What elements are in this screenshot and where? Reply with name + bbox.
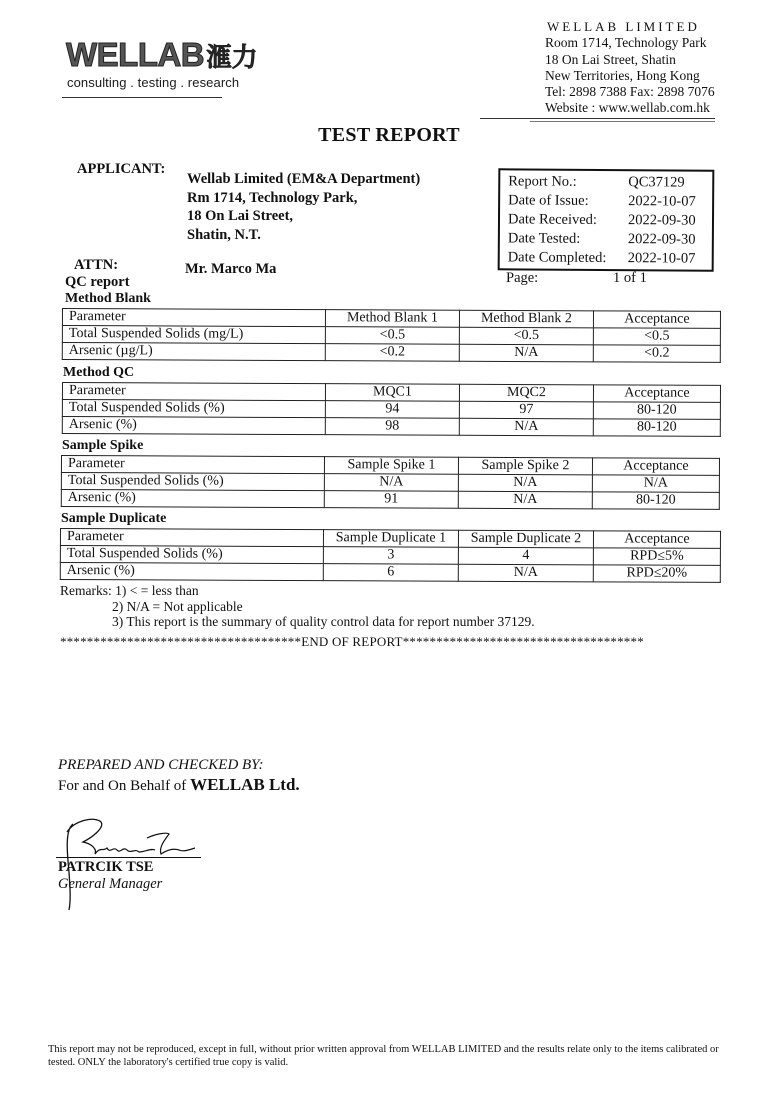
info-row-date-received: Date Received: 2022-09-30 <box>508 211 708 229</box>
table-cell: RPD≤5% <box>593 548 720 566</box>
sample-spike-table: Parameter Sample Spike 1 Sample Spike 2 … <box>61 455 720 510</box>
signer-name: PATRCIK TSE <box>58 859 153 876</box>
table-header-cell: MQC2 <box>459 384 593 402</box>
table-cell-parameter: Total Suspended Solids (%) <box>62 400 325 418</box>
table-header-cell: Acceptance <box>593 385 720 403</box>
report-info-box: Report No.: QC37129 Date of Issue: 2022-… <box>498 168 715 272</box>
remarks: Remarks: 1) < = less than 2) N/A = Not a… <box>60 583 535 630</box>
table-header-cell: Parameter <box>62 383 325 401</box>
table-cell: 80-120 <box>593 402 720 420</box>
sample-duplicate-table: Parameter Sample Duplicate 1 Sample Dupl… <box>60 528 721 583</box>
attn-value: Mr. Marco Ma <box>185 261 276 278</box>
remark-item: 2) N/A = Not applicable <box>60 599 535 615</box>
company-tel-fax: Tel: 2898 7388 Fax: 2898 7076 <box>545 84 715 100</box>
table-header-cell: Sample Duplicate 1 <box>323 530 458 548</box>
table-cell: 80-120 <box>593 419 720 437</box>
document-title: TEST REPORT <box>0 124 771 147</box>
table-cell: N/A <box>459 418 593 436</box>
info-value: 2022-09-30 <box>628 212 708 230</box>
table-cell-parameter: Arsenic (µg/L) <box>62 343 325 361</box>
table-cell: N/A <box>324 474 458 492</box>
table-cell-parameter: Total Suspended Solids (mg/L) <box>62 326 325 344</box>
method-blank-table: Parameter Method Blank 1 Method Blank 2 … <box>62 308 721 363</box>
table-cell: 80-120 <box>592 492 719 510</box>
table-header-cell: Parameter <box>60 529 323 547</box>
table-cell-parameter: Total Suspended Solids (%) <box>61 473 324 491</box>
end-of-report-line: ************************************END … <box>60 634 644 650</box>
company-address-line: New Territories, Hong Kong <box>545 68 715 84</box>
table-row: Arsenic (%) 98 N/A 80-120 <box>62 417 720 437</box>
info-value: 2022-10-07 <box>628 193 708 211</box>
info-label: Date of Issue: <box>508 192 628 210</box>
attn-label: ATTN: <box>74 257 118 274</box>
method-qc-table: Parameter MQC1 MQC2 Acceptance Total Sus… <box>62 382 721 437</box>
company-website: Website : www.wellab.com.hk <box>545 100 715 116</box>
table-header-cell: Acceptance <box>593 531 720 549</box>
section-title-method-blank: Method Blank <box>65 291 151 307</box>
table-cell: 91 <box>324 491 458 509</box>
table-header-cell: Acceptance <box>592 458 719 476</box>
section-title-method-qc: Method QC <box>63 365 134 381</box>
applicant-address: Wellab Limited (EM&A Department) Rm 1714… <box>187 170 420 244</box>
table-header-cell: Method Blank 2 <box>459 310 593 328</box>
applicant-line: Shatin, N.T. <box>187 226 420 245</box>
table-cell: <0.2 <box>325 344 459 362</box>
company-address-block: WELLAB LIMITED Room 1714, Technology Par… <box>545 19 715 117</box>
table-header-cell: MQC1 <box>325 384 459 402</box>
header-divider-secondary <box>530 121 715 122</box>
info-value: QC37129 <box>628 174 708 192</box>
table-cell: N/A <box>458 491 592 509</box>
table-row: Total Suspended Solids (%) 94 97 80-120 <box>62 400 720 420</box>
applicant-line: Wellab Limited (EM&A Department) <box>187 170 420 189</box>
page-indicator: Page: 1 of 1 <box>506 270 706 287</box>
info-row-date-tested: Date Tested: 2022-09-30 <box>508 230 708 248</box>
on-behalf-company: WELLAB Ltd. <box>190 775 300 794</box>
applicant-line: Rm 1714, Technology Park, <box>187 189 420 208</box>
applicant-line: 18 On Lai Street, <box>187 207 420 226</box>
info-value: 2022-10-07 <box>628 250 708 268</box>
logo-tagline: consulting . testing . research <box>67 75 239 90</box>
info-label: Date Tested: <box>508 230 628 248</box>
table-header-cell: Acceptance <box>593 311 720 329</box>
table-row: Arsenic (µg/L) <0.2 N/A <0.2 <box>62 343 720 363</box>
info-label: Date Received: <box>508 211 628 229</box>
table-cell: N/A <box>458 564 593 582</box>
company-name: WELLAB LIMITED <box>547 19 715 35</box>
remark-item: 1) < = less than <box>115 583 198 598</box>
table-cell: 98 <box>325 418 459 436</box>
table-header-cell: Sample Spike 2 <box>458 457 592 475</box>
table-cell: RPD≤20% <box>593 565 720 583</box>
table-cell: 6 <box>323 564 458 582</box>
logo-divider <box>62 97 222 98</box>
table-cell: 3 <box>323 547 458 565</box>
info-label: Report No.: <box>508 173 628 191</box>
info-row-date-completed: Date Completed: 2022-10-07 <box>508 249 708 267</box>
table-cell: <0.5 <box>325 327 459 345</box>
info-row-report-no: Report No.: QC37129 <box>508 173 708 191</box>
table-cell: 94 <box>325 401 459 419</box>
remarks-label: Remarks: <box>60 583 112 598</box>
remark-line: Remarks: 1) < = less than <box>60 583 535 599</box>
prepared-by-label: PREPARED AND CHECKED BY: <box>58 757 264 774</box>
table-cell: N/A <box>459 344 593 362</box>
logo-cjk-mark: 滙力 <box>206 42 257 72</box>
table-row: Total Suspended Solids (mg/L) <0.5 <0.5 … <box>62 326 720 346</box>
section-title-sample-spike: Sample Spike <box>62 438 143 454</box>
info-value: 2022-09-30 <box>628 231 708 249</box>
table-row: Arsenic (%) 6 N/A RPD≤20% <box>60 563 720 583</box>
page-label: Page: <box>506 270 613 287</box>
table-cell: <0.5 <box>593 328 720 346</box>
table-cell: <0.5 <box>459 327 593 345</box>
table-cell: 97 <box>459 401 593 419</box>
table-cell-parameter: Total Suspended Solids (%) <box>60 546 323 564</box>
info-label: Date Completed: <box>508 249 628 267</box>
table-row: Arsenic (%) 91 N/A 80-120 <box>61 490 719 510</box>
applicant-label: APPLICANT: <box>77 161 165 178</box>
table-row: Total Suspended Solids (%) 3 4 RPD≤5% <box>60 546 720 566</box>
company-address-line: 18 On Lai Street, Shatin <box>545 52 715 68</box>
company-logo: WELLAB滙力 <box>66 38 257 71</box>
table-cell-parameter: Arsenic (%) <box>61 490 324 508</box>
header-divider <box>480 118 715 119</box>
table-cell: N/A <box>592 475 719 493</box>
remark-item: 3) This report is the summary of quality… <box>60 614 535 630</box>
table-header-cell: Sample Duplicate 2 <box>458 530 593 548</box>
table-cell-parameter: Arsenic (%) <box>60 563 323 581</box>
table-cell: 4 <box>458 547 593 565</box>
signature-line <box>56 857 201 858</box>
table-cell-parameter: Arsenic (%) <box>62 417 325 435</box>
table-row: Total Suspended Solids (%) N/A N/A N/A <box>61 473 719 493</box>
on-behalf-prefix: For and On Behalf of <box>58 778 190 794</box>
table-cell: N/A <box>458 474 592 492</box>
page-value: 1 of 1 <box>613 270 647 287</box>
section-title-sample-duplicate: Sample Duplicate <box>61 511 166 527</box>
qc-report-label: QC report <box>65 274 130 291</box>
logo-wordmark: WELLAB <box>66 36 204 73</box>
table-header-cell: Sample Spike 1 <box>324 457 458 475</box>
document-title-text: TEST REPORT <box>318 124 460 146</box>
signer-title: General Manager <box>58 876 162 893</box>
table-header-cell: Parameter <box>61 456 324 474</box>
footer-disclaimer: This report may not be reproduced, excep… <box>48 1044 728 1069</box>
table-cell: <0.2 <box>593 345 720 363</box>
info-row-date-of-issue: Date of Issue: 2022-10-07 <box>508 192 708 210</box>
table-header-cell: Parameter <box>62 309 325 327</box>
on-behalf-line: For and On Behalf of WELLAB Ltd. <box>58 775 300 795</box>
company-address-line: Room 1714, Technology Park <box>545 35 715 51</box>
table-header-cell: Method Blank 1 <box>325 310 459 328</box>
